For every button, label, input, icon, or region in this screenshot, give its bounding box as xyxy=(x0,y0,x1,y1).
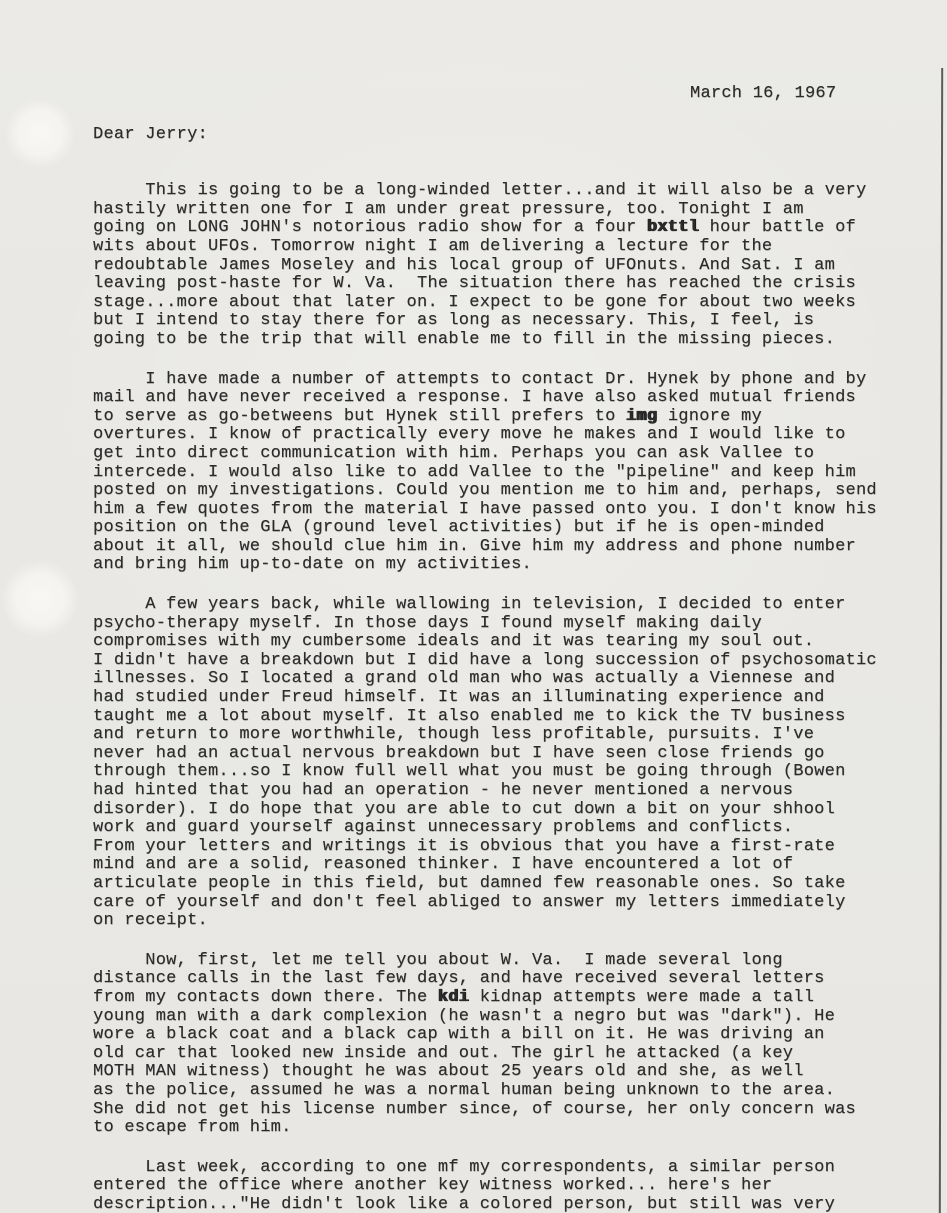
letter-line: articulate people in this field, but dam… xyxy=(93,875,909,894)
letter-line: I have made a number of attempts to cont… xyxy=(93,371,909,390)
letter-line: compromises with my cumbersome ideals an… xyxy=(93,633,909,652)
letter-line: From your letters and writings it is obv… xyxy=(93,838,909,857)
letter-line: I didn't have a breakdown but I did have… xyxy=(93,652,909,671)
letter-line: from my contacts down there. The kdi kid… xyxy=(93,989,909,1008)
date: March 16, 1967 xyxy=(690,85,909,104)
letter-line: care of yourself and don't feel abliged … xyxy=(93,894,909,913)
letter-line: never had an actual nervous breakdown bu… xyxy=(93,745,909,764)
letter-line: MOTH MAN witness) thought he was about 2… xyxy=(93,1063,909,1082)
overstruck-word: bxttl xyxy=(647,218,699,237)
letter-line: entered the office where another key wit… xyxy=(93,1177,909,1196)
letter-line: as the police, assumed he was a normal h… xyxy=(93,1082,909,1101)
salutation: Dear Jerry: xyxy=(93,126,909,145)
overstruck-word: kdi xyxy=(438,988,469,1007)
letter-page: March 16, 1967 Dear Jerry: This is going… xyxy=(0,0,947,1213)
letter-line: wits about UFOs. Tomorrow night I am del… xyxy=(93,238,909,257)
letter-line: going on LONG JOHN's notorious radio sho… xyxy=(93,219,909,238)
letter-line: had studied under Freud himself. It was … xyxy=(93,689,909,708)
letter-line: going to be the trip that will enable me… xyxy=(93,331,909,350)
letter-body: This is going to be a long-winded letter… xyxy=(93,182,909,1213)
letter-line: leaving post-haste for W. Va. The situat… xyxy=(93,275,909,294)
letter-line: description..."He didn't look like a col… xyxy=(93,1196,909,1213)
letter-line: overtures. I know of practically every m… xyxy=(93,426,909,445)
letter-line: Last week, according to one mf my corres… xyxy=(93,1159,909,1178)
letter-line: had hinted that you had an operation - h… xyxy=(93,782,909,801)
letter-line: him a few quotes from the material I hav… xyxy=(93,501,909,520)
letter-line: Now, first, let me tell you about W. Va.… xyxy=(93,952,909,971)
letter-line: work and guard yourself against unnecess… xyxy=(93,819,909,838)
letter-line: She did not get his license number since… xyxy=(93,1101,909,1120)
letter-line: and return to more worthwhile, though le… xyxy=(93,726,909,745)
letter-line: illnesses. So I located a grand old man … xyxy=(93,670,909,689)
paragraph: This is going to be a long-winded letter… xyxy=(93,182,909,349)
letter-line: disorder). I do hope that you are able t… xyxy=(93,801,909,820)
letter-line: mail and have never received a response.… xyxy=(93,389,909,408)
paragraph: I have made a number of attempts to cont… xyxy=(93,371,909,576)
letter-line: redoubtable James Moseley and his local … xyxy=(93,257,909,276)
letter-line: to serve as go-betweens but Hynek still … xyxy=(93,408,909,427)
letter-line: on receipt. xyxy=(93,912,909,931)
letter-line: hastily written one for I am under great… xyxy=(93,201,909,220)
overstruck-word: img xyxy=(626,407,657,426)
letter-line: A few years back, while wallowing in tel… xyxy=(93,596,909,615)
letter-line: old car that looked new inside and out. … xyxy=(93,1045,909,1064)
letter-line: about it all, we should clue him in. Giv… xyxy=(93,538,909,557)
letter-line: This is going to be a long-winded letter… xyxy=(93,182,909,201)
letter-line: position on the GLA (ground level activi… xyxy=(93,519,909,538)
letter-line: psycho-therapy myself. In those days I f… xyxy=(93,615,909,634)
letter-content: March 16, 1967 Dear Jerry: This is going… xyxy=(0,0,947,1213)
letter-line: posted on my investigations. Could you m… xyxy=(93,482,909,501)
letter-line: distance calls in the last few days, and… xyxy=(93,970,909,989)
letter-line: mind and are a solid, reasoned thinker. … xyxy=(93,856,909,875)
letter-line: taught me a lot about myself. It also en… xyxy=(93,708,909,727)
letter-line: stage...more about that later on. I expe… xyxy=(93,294,909,313)
letter-line: get into direct communication with him. … xyxy=(93,445,909,464)
paragraph: Now, first, let me tell you about W. Va.… xyxy=(93,952,909,1138)
paragraph: Last week, according to one mf my corres… xyxy=(93,1159,909,1213)
letter-line: intercede. I would also like to add Vall… xyxy=(93,464,909,483)
letter-line: through them...so I know full well what … xyxy=(93,763,909,782)
letter-line: and bring him up-to-date on my activitie… xyxy=(93,556,909,575)
letter-line: wore a black coat and a black cap with a… xyxy=(93,1026,909,1045)
letter-line: young man with a dark complexion (he was… xyxy=(93,1008,909,1027)
letter-line: to escape from him. xyxy=(93,1119,909,1138)
letter-line: but I intend to stay there for as long a… xyxy=(93,312,909,331)
paragraph: A few years back, while wallowing in tel… xyxy=(93,596,909,931)
